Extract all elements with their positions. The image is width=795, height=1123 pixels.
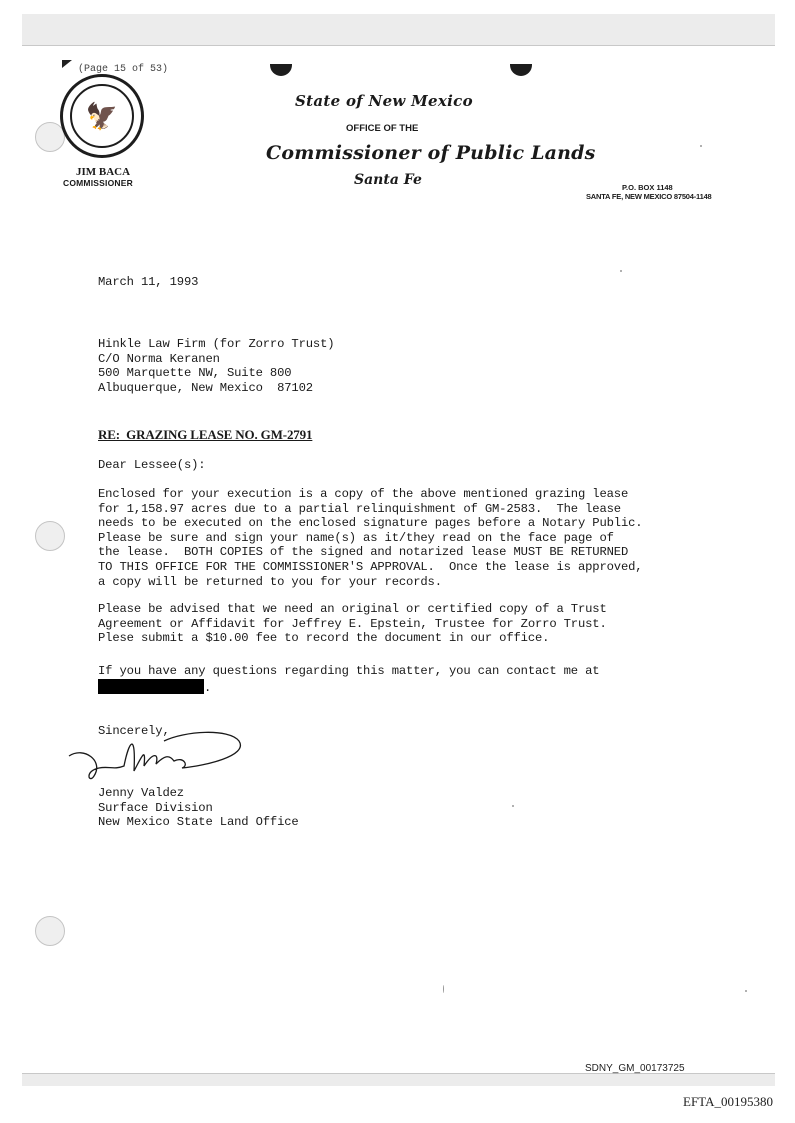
- scan-artifact: [620, 270, 622, 272]
- redaction-block: [98, 679, 204, 694]
- letterhead-commissioner: Commissioner of Public Lands: [266, 142, 596, 164]
- paragraph-line: Please be sure and sign your name(s) as …: [98, 531, 642, 546]
- signature-block: Jenny ValdezSurface DivisionNew Mexico S…: [98, 786, 299, 830]
- paragraph-line: Please be advised that we need an origin…: [98, 602, 607, 617]
- letterhead-city-state-zip: SANTA FE, NEW MEXICO 87504-1148: [586, 192, 712, 201]
- paragraph-enclosure: Enclosed for your execution is a copy of…: [98, 487, 642, 589]
- paragraph-line: Agreement or Affidavit for Jeffrey E. Ep…: [98, 617, 607, 632]
- paragraph-contact: If you have any questions regarding this…: [98, 664, 599, 695]
- efta-number: EFTA_00195380: [683, 1094, 773, 1110]
- commissioner-name: JIM BACA: [73, 166, 133, 178]
- recipient-address: Hinkle Law Firm (for Zorro Trust)C/O Nor…: [98, 337, 334, 395]
- paragraph-line: If you have any questions regarding this…: [98, 664, 599, 679]
- hole-punch-mark: [35, 521, 65, 551]
- letterhead-city: Santa Fe: [354, 172, 422, 188]
- ink-blot-mark: [270, 64, 292, 76]
- letterhead-office: OFFICE OF THE: [346, 123, 418, 134]
- seal-eagle-icon: 🦅: [70, 84, 134, 148]
- subject-line: RE: GRAZING LEASE NO. GM-2791: [98, 428, 312, 443]
- scan-top-band: [22, 14, 775, 46]
- letter-date: March 11, 1993: [98, 275, 198, 290]
- commissioner-title: COMMISSIONER: [63, 178, 133, 188]
- paragraph-line: a copy will be returned to you for your …: [98, 575, 642, 590]
- letterhead-state: State of New Mexico: [295, 92, 473, 110]
- bates-number: SDNY_GM_00173725: [585, 1063, 685, 1074]
- recipient-line: Hinkle Law Firm (for Zorro Trust): [98, 337, 334, 352]
- scan-artifact: [745, 990, 747, 992]
- paragraph-line: Enclosed for your execution is a copy of…: [98, 487, 642, 502]
- letterhead-po-box: P.O. BOX 1148: [622, 183, 673, 192]
- scan-artifact: [512, 805, 514, 807]
- signer-name: Jenny Valdez: [98, 786, 299, 801]
- signer-division: Surface Division: [98, 801, 299, 816]
- paragraph-line: Plese submit a $10.00 fee to record the …: [98, 631, 607, 646]
- corner-mark: [62, 60, 72, 68]
- paragraph-line: for 1,158.97 acres due to a partial reli…: [98, 502, 642, 517]
- paragraph-trust-request: Please be advised that we need an origin…: [98, 602, 607, 646]
- ink-blot-mark: [510, 64, 532, 76]
- state-seal: 🦅: [60, 74, 144, 158]
- signature-icon: [64, 726, 254, 786]
- paragraph-line: TO THIS OFFICE FOR THE COMMISSIONER'S AP…: [98, 560, 642, 575]
- hole-punch-mark: [35, 916, 65, 946]
- paragraph-line: needs to be executed on the enclosed sig…: [98, 516, 642, 531]
- signer-office: New Mexico State Land Office: [98, 815, 299, 830]
- scan-artifact: [443, 985, 444, 993]
- scan-bottom-band: [22, 1073, 775, 1086]
- paragraph-line: the lease. BOTH COPIES of the signed and…: [98, 545, 642, 560]
- recipient-line: 500 Marquette NW, Suite 800: [98, 366, 334, 381]
- scan-artifact: [700, 145, 702, 147]
- recipient-line: C/O Norma Keranen: [98, 352, 334, 367]
- page-marker: (Page 15 of 53): [78, 64, 168, 75]
- recipient-line: Albuquerque, New Mexico 87102: [98, 381, 334, 396]
- paragraph-end: .: [204, 681, 211, 695]
- salutation: Dear Lessee(s):: [98, 458, 205, 473]
